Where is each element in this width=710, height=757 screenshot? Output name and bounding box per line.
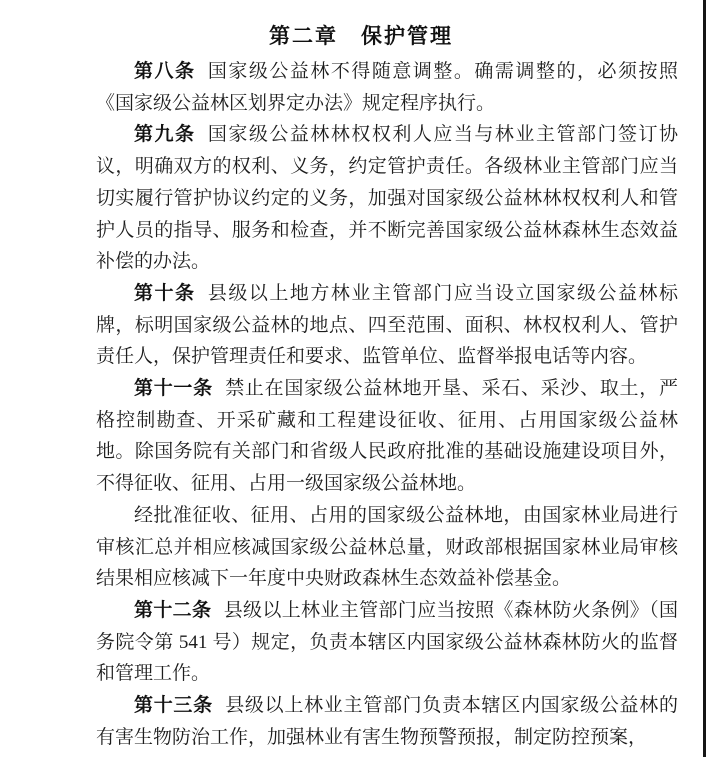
paragraph-article-11-continued: 经批准征收、征用、占用的国家级公益林地，由国家林业局进行审核汇总并相应核减国家级…	[96, 500, 678, 595]
article-10-number: 第十条	[134, 283, 196, 304]
article-11-number: 第十一条	[134, 378, 213, 399]
scan-edge-line	[703, 0, 706, 757]
article-11-continued-text: 经批准征收、征用、占用的国家级公益林地，由国家林业局进行审核汇总并相应核减国家级…	[96, 505, 678, 589]
paragraph-article-13: 第十三条县级以上林业主管部门负责本辖区内国家级公益林的有害生物防治工作，加强林业…	[96, 690, 678, 753]
chapter-title: 第二章 保护管理	[70, 20, 652, 52]
paragraph-article-12: 第十二条县级以上林业主管部门应当按照《森林防火条例》（国务院令第 541 号）规…	[96, 595, 678, 690]
article-9-text: 国家级公益林林权权利人应当与林业主管部门签订协议，明确双方的权利、义务，约定管护…	[96, 124, 678, 272]
paragraph-article-11: 第十一条禁止在国家级公益林地开垦、采石、采沙、取土，严格控制勘查、开采矿藏和工程…	[96, 373, 678, 500]
article-13-number: 第十三条	[134, 695, 213, 716]
article-8-number: 第八条	[134, 61, 196, 82]
paragraph-article-10: 第十条县级以上地方林业主管部门应当设立国家级公益林标牌，标明国家级公益林的地点、…	[96, 278, 678, 373]
paragraph-article-8: 第八条国家级公益林不得随意调整。确需调整的，必须按照《国家级公益林区划界定办法》…	[96, 56, 678, 119]
paragraph-article-9: 第九条国家级公益林林权权利人应当与林业主管部门签订协议，明确双方的权利、义务，约…	[96, 119, 678, 278]
article-9-number: 第九条	[134, 124, 196, 145]
document-page: 第二章 保护管理 第八条国家级公益林不得随意调整。确需调整的，必须按照《国家级公…	[96, 20, 678, 753]
article-12-number: 第十二条	[134, 600, 211, 621]
